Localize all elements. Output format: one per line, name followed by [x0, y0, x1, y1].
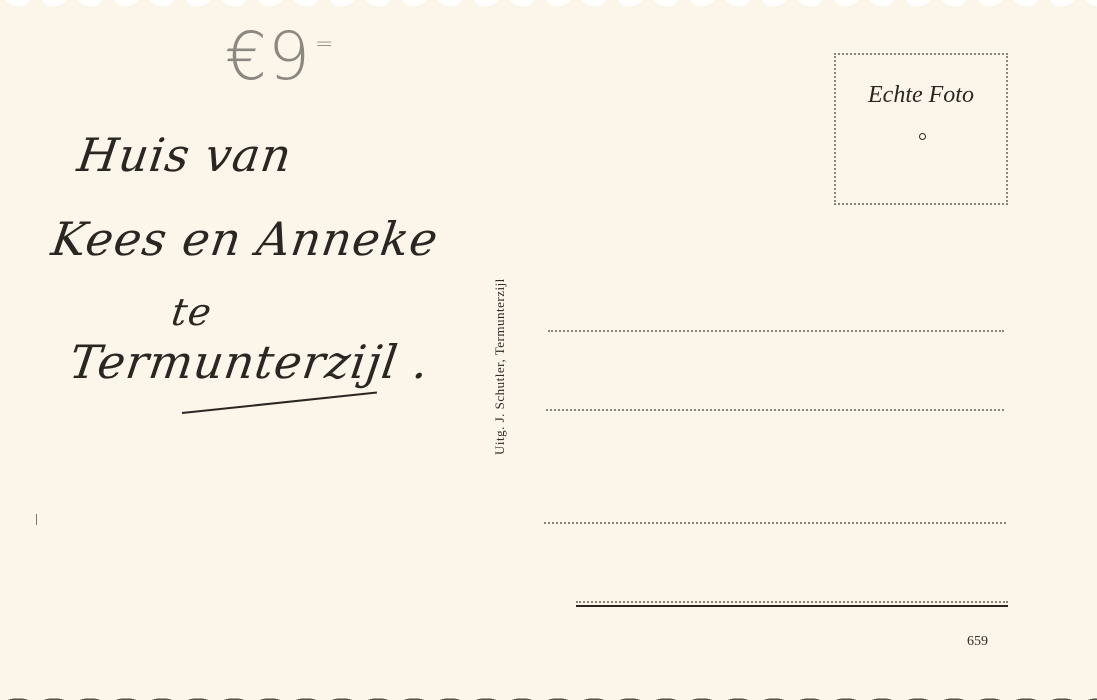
handwritten-line-4: Termunterzijl . [66, 335, 433, 389]
circle-mark-icon [919, 133, 926, 140]
address-line-3 [544, 522, 1006, 524]
stamp-box-label: Echte Foto [836, 82, 1006, 109]
publisher-imprint: Uitg. J. Schutler, Termunterzijl [492, 278, 508, 455]
address-line-1 [548, 330, 1004, 332]
address-line-2 [546, 409, 1004, 411]
handwritten-underline [182, 392, 377, 414]
scalloped-top-edge [0, 0, 1097, 6]
handwritten-line-1: Huis van [74, 128, 295, 182]
stamp-box: Echte Foto [834, 53, 1008, 205]
scalloped-bottom-edge [0, 694, 1097, 700]
handwritten-line-3: te [169, 290, 215, 334]
address-line-4 [576, 601, 1008, 603]
postcard-back: €9= Huis van Kees en Anneke te Termunter… [0, 0, 1097, 700]
pencil-price: €9= [225, 18, 330, 95]
scan-mark [36, 514, 37, 525]
card-number: 659 [967, 634, 988, 650]
handwritten-line-2: Kees en Anneke [48, 212, 442, 266]
address-line-4-solid [576, 605, 1008, 607]
